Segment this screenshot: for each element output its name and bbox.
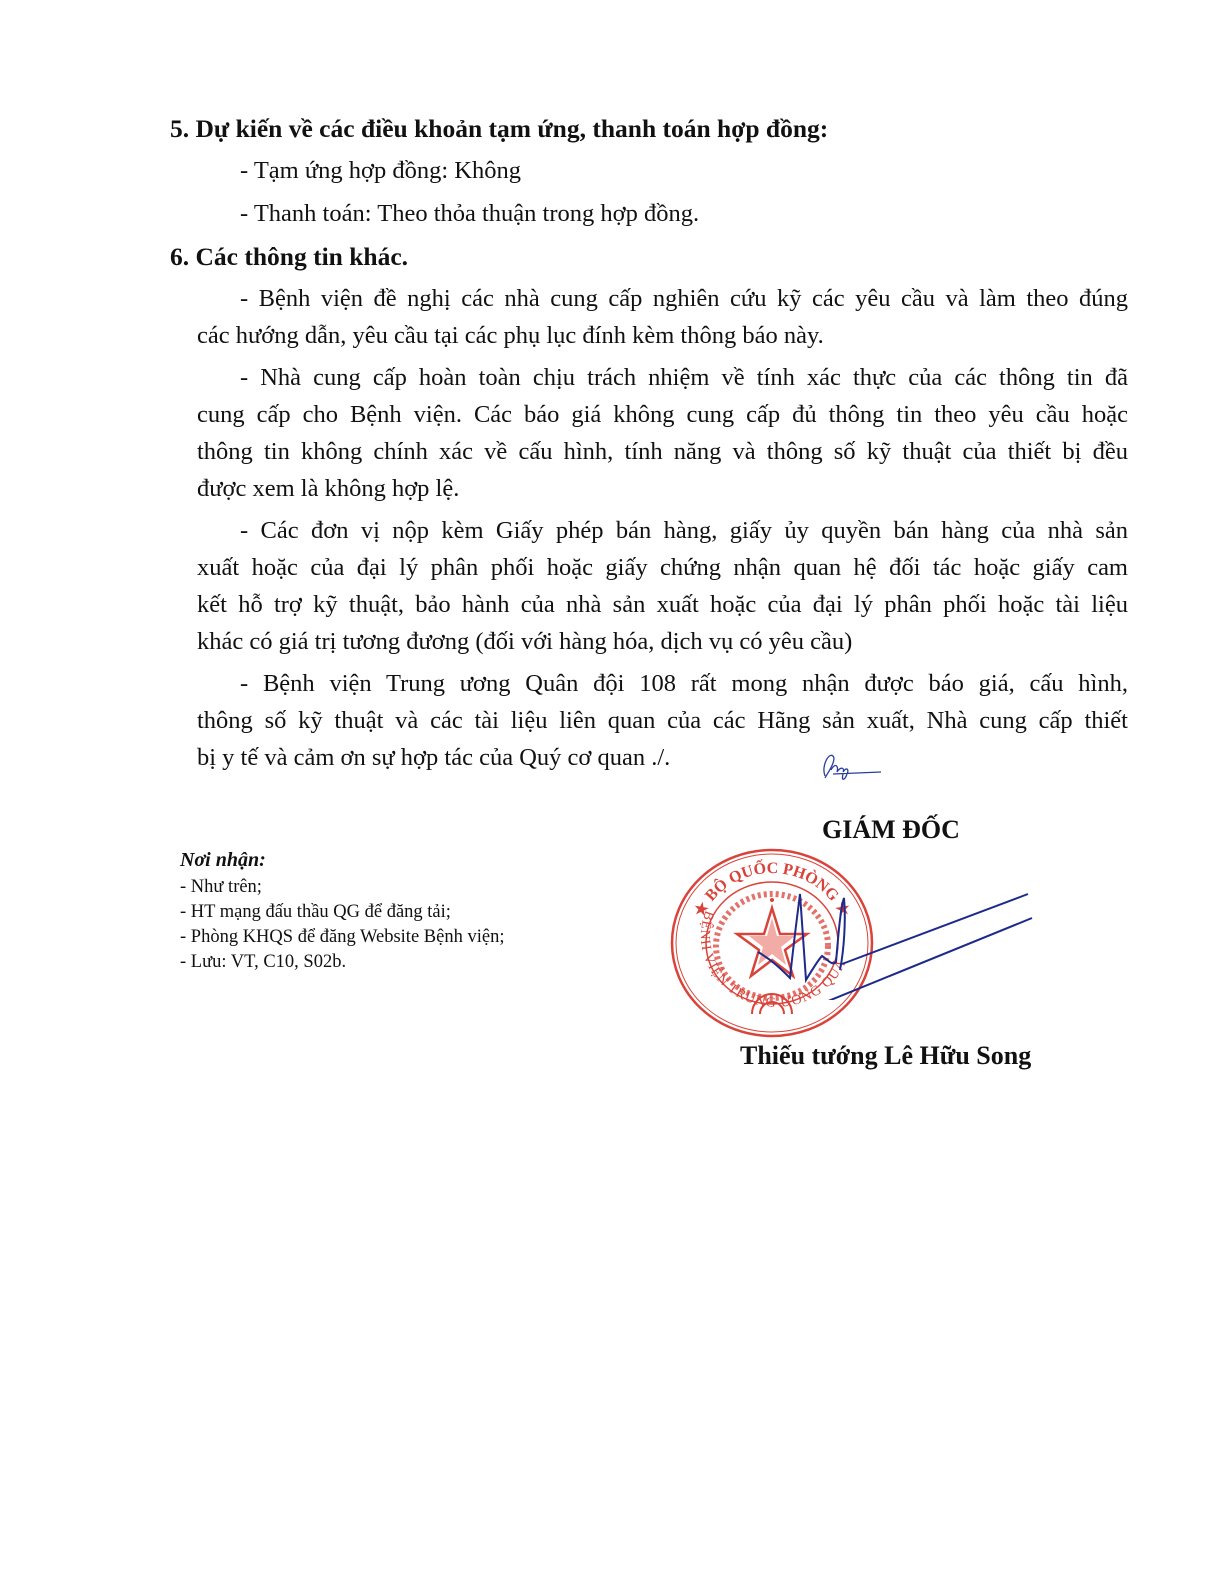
recipient-item: - Như trên; <box>180 877 262 898</box>
paragraph-3-line-3: kết hỗ trợ kỹ thuật, bảo hành của nhà sả… <box>197 591 1128 619</box>
paragraph-1-line-2: các hướng dẫn, yêu cầu tại các phụ lục đ… <box>197 322 824 350</box>
advance-payment-item: - Tạm ứng hợp đồng: Không <box>240 157 521 185</box>
section-5-heading: 5. Dự kiến về các điều khoản tạm ứng, th… <box>170 114 828 144</box>
paragraph-4-line-2: thông số kỹ thuật và các tài liệu liên q… <box>197 707 1128 735</box>
paragraph-4-line-3: bị y tế và cảm ơn sự hợp tác của Quý cơ … <box>197 744 670 772</box>
paragraph-4-line-1: - Bệnh viện Trung ương Quân đội 108 rất … <box>240 670 1128 698</box>
section-6-heading: 6. Các thông tin khác. <box>170 242 408 272</box>
payment-terms-item: - Thanh toán: Theo thỏa thuận trong hợp … <box>240 200 699 228</box>
initial-signature-icon <box>815 748 885 784</box>
recipient-item: - HT mạng đấu thầu QG để đăng tải; <box>180 902 451 923</box>
signer-title: GIÁM ĐỐC <box>822 815 960 845</box>
paragraph-3-line-4: khác có giá trị tương đương (đối với hàn… <box>197 628 852 656</box>
director-signature-icon <box>720 880 1040 1000</box>
paragraph-2-line-4: được xem là không hợp lệ. <box>197 475 459 503</box>
signer-name: Thiếu tướng Lê Hữu Song <box>740 1041 1031 1071</box>
recipients-title: Nơi nhận: <box>180 849 266 872</box>
paragraph-2-line-3: thông tin không chính xác về cấu hình, t… <box>197 438 1128 466</box>
paragraph-3-line-2: xuất hoặc của đại lý phân phối hoặc giấy… <box>197 554 1128 582</box>
paragraph-2-line-2: cung cấp cho Bệnh viện. Các báo giá khôn… <box>197 401 1128 429</box>
recipient-item: - Lưu: VT, C10, S02b. <box>180 952 346 973</box>
recipient-item: - Phòng KHQS để đăng Website Bệnh viện; <box>180 927 504 948</box>
paragraph-2-line-1: - Nhà cung cấp hoàn toàn chịu trách nhiệ… <box>240 364 1128 392</box>
paragraph-1-line-1: - Bệnh viện đề nghị các nhà cung cấp ngh… <box>240 285 1128 313</box>
paragraph-3-line-1: - Các đơn vị nộp kèm Giấy phép bán hàng,… <box>240 517 1128 545</box>
